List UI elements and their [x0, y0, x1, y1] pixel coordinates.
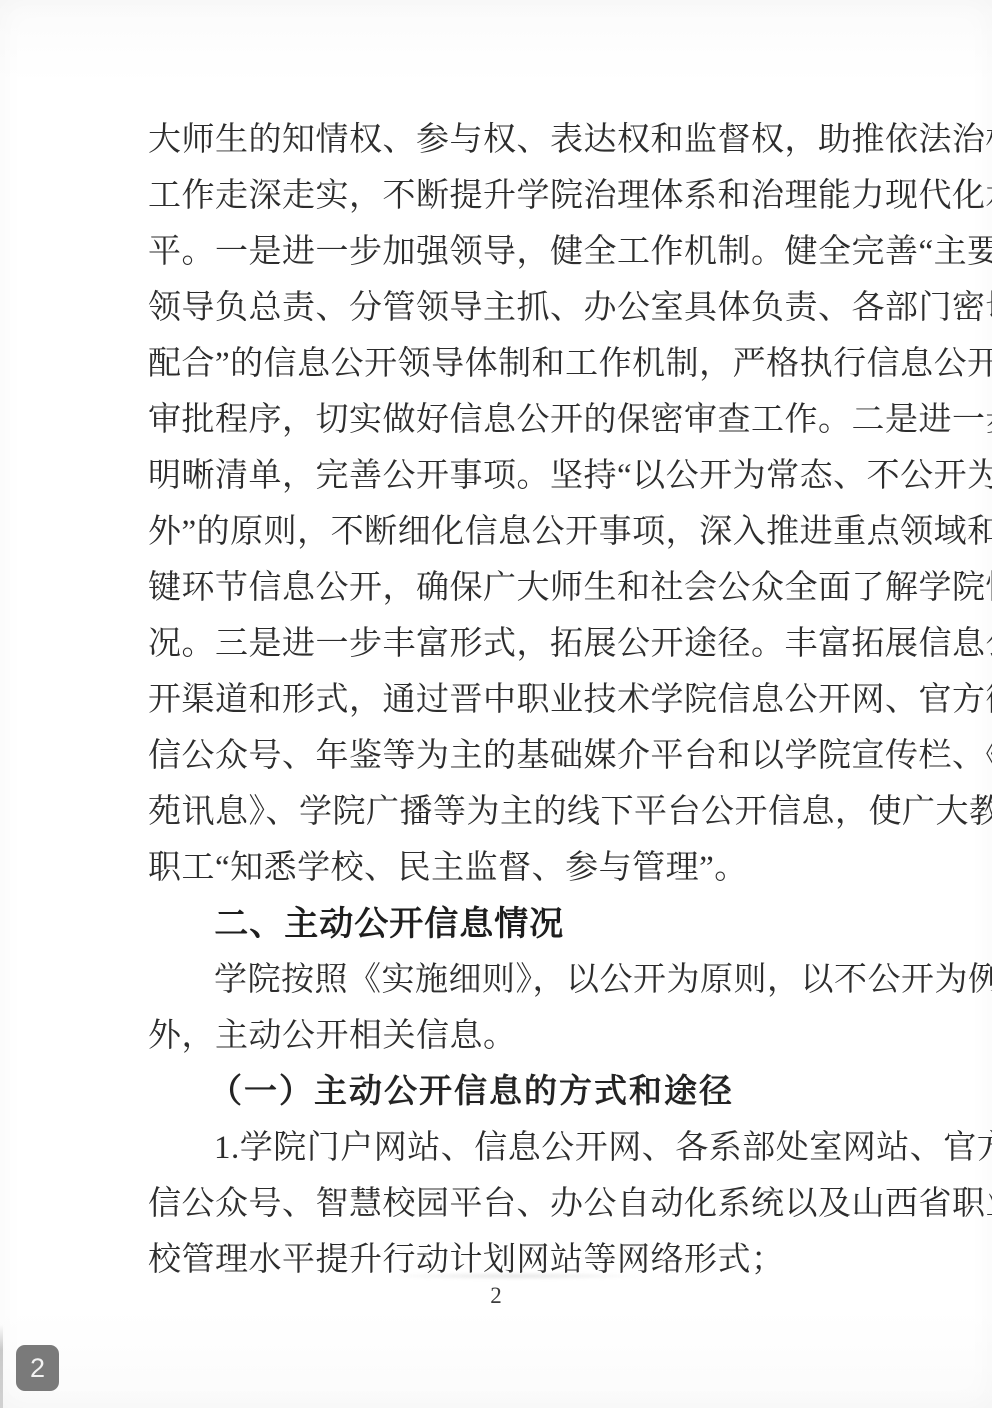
subsection-heading: （一）主动公开信息的方式和途径 — [148, 1064, 880, 1120]
scan-artifact-left-edge — [0, 1325, 3, 1408]
body-line: 职工“知悉学校、民主监督、参与管理”。 — [148, 840, 880, 896]
body-line: 况。三是进一步丰富形式，拓展公开途径。丰富拓展信息公 — [148, 616, 880, 672]
body-line: 外，主动公开相关信息。 — [148, 1008, 880, 1064]
document-body: 大师生的知情权、参与权、表达权和监督权，助推依法治校 工作走深走实，不断提升学院… — [148, 112, 880, 1288]
body-line: 明晰清单，完善公开事项。坚持“以公开为常态、不公开为例 — [148, 448, 880, 504]
paragraph-methods-channels: 1.学院门户网站、信息公开网、各系部处室网站、官方微 信公众号、智慧校园平台、办… — [148, 1120, 880, 1288]
body-line: 领导负总责、分管领导主抓、办公室具体负责、各部门密切 — [148, 280, 880, 336]
body-line: 学院按照《实施细则》，以公开为原则，以不公开为例 — [148, 952, 880, 1008]
body-line: 配合”的信息公开领导体制和工作机制，严格执行信息公开 — [148, 336, 880, 392]
scanned-document-page: 大师生的知情权、参与权、表达权和监督权，助推依法治校 工作走深走实，不断提升学院… — [0, 0, 992, 1408]
body-line: 信公众号、智慧校园平台、办公自动化系统以及山西省职业院 — [148, 1176, 880, 1232]
body-line: 工作走深走实，不断提升学院治理体系和治理能力现代化水 — [148, 168, 880, 224]
body-line: 审批程序，切实做好信息公开的保密审查工作。二是进一步 — [148, 392, 880, 448]
viewer-page-badge: 2 — [16, 1345, 59, 1391]
body-line: 键环节信息公开，确保广大师生和社会公众全面了解学院情 — [148, 560, 880, 616]
body-line: 外”的原则，不断细化信息公开事项，深入推进重点领域和关 — [148, 504, 880, 560]
paragraph-active-disclosure: 学院按照《实施细则》，以公开为原则，以不公开为例 外，主动公开相关信息。 — [148, 952, 880, 1064]
body-line: 开渠道和形式，通过晋中职业技术学院信息公开网、官方微 — [148, 672, 880, 728]
scan-artifact-smudge — [385, 1272, 645, 1280]
body-line: 1.学院门户网站、信息公开网、各系部处室网站、官方微 — [148, 1120, 880, 1176]
page-number: 2 — [0, 1283, 992, 1309]
body-line: 大师生的知情权、参与权、表达权和监督权，助推依法治校 — [148, 112, 880, 168]
body-line: 平。一是进一步加强领导，健全工作机制。健全完善“主要 — [148, 224, 880, 280]
section-heading: 二、主动公开信息情况 — [148, 896, 880, 952]
body-line: 苑讯息》、学院广播等为主的线下平台公开信息，使广大教 — [148, 784, 880, 840]
body-line: 信公众号、年鉴等为主的基础媒介平台和以学院宣传栏、《职 — [148, 728, 880, 784]
paragraph-continued: 大师生的知情权、参与权、表达权和监督权，助推依法治校 工作走深走实，不断提升学院… — [148, 112, 880, 896]
